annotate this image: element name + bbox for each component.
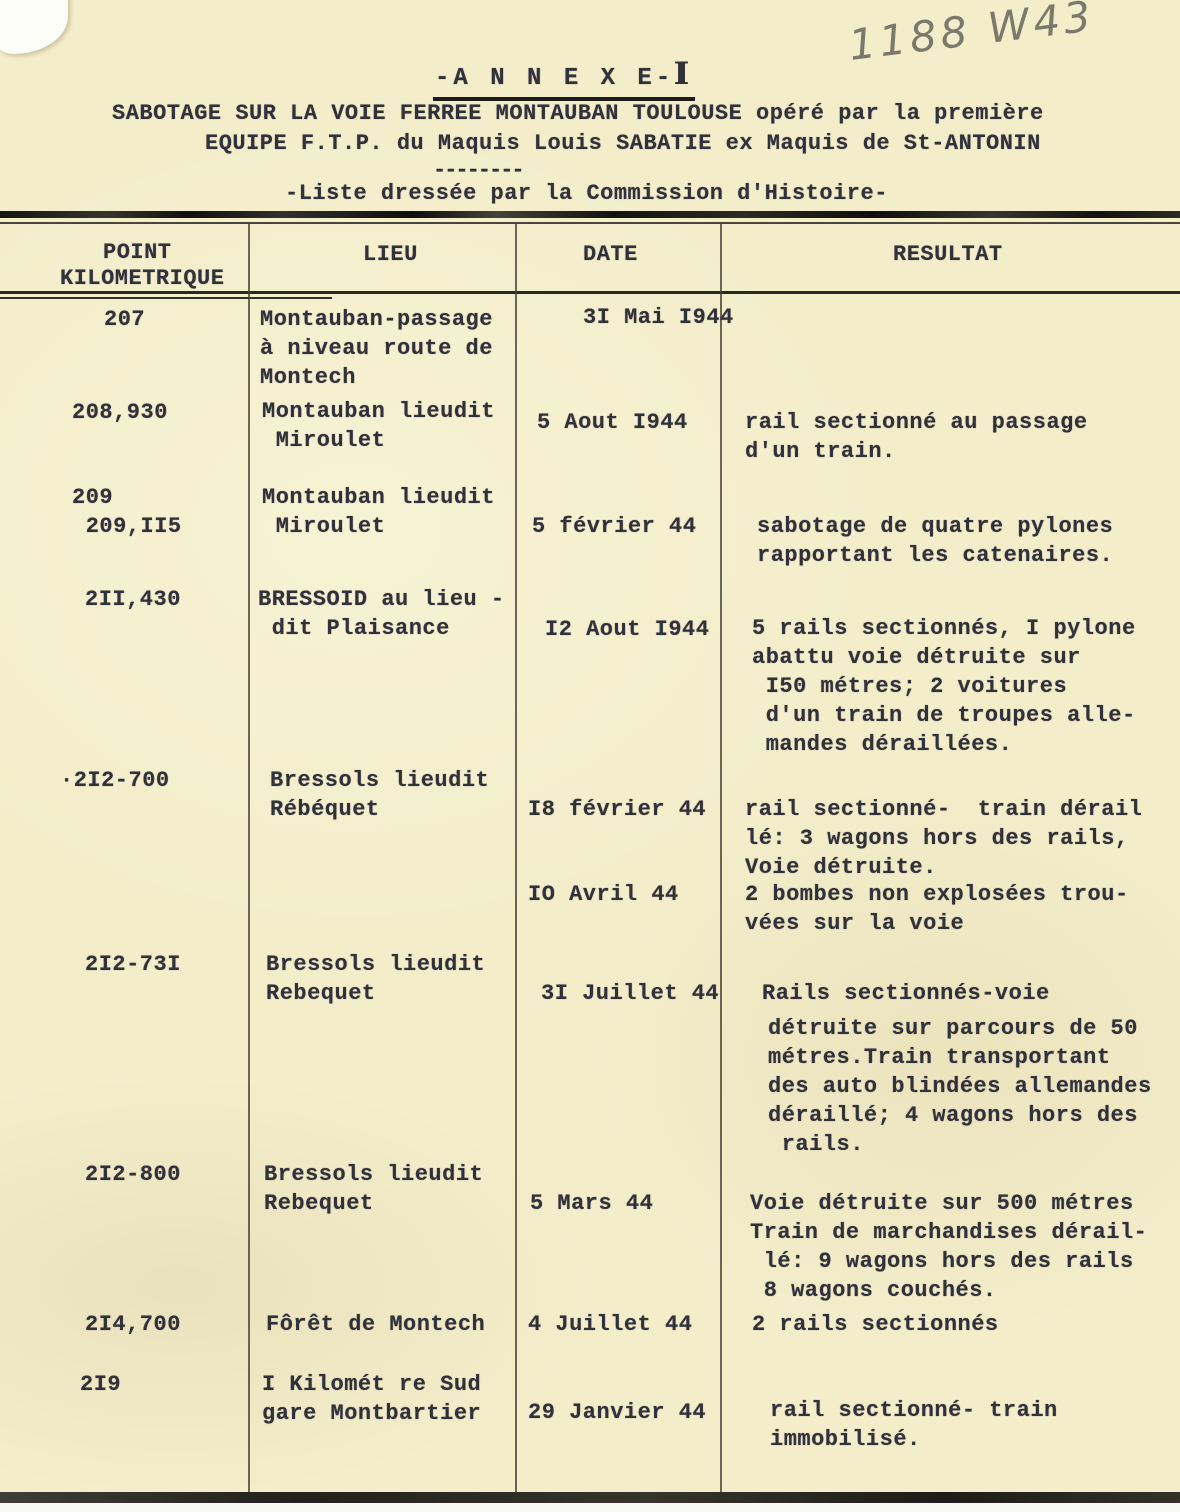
cell-date-row5a: I8 février 44 [528, 795, 706, 824]
page-bottom-edge [0, 1503, 1180, 1512]
annexe-title-label: -A N N E X E- [435, 65, 674, 92]
cell-pk-row8: 2I4,700 [85, 1310, 181, 1339]
cell-pk-row1: 207 [104, 305, 145, 334]
cell-lieu-row1: Montauban-passage à niveau route de Mont… [260, 305, 493, 392]
cell-date-row5b: IO Avril 44 [528, 880, 679, 909]
table-top-rule-heavy [0, 211, 1180, 218]
cell-resultat-row6-cont: détruite sur parcours de 50 métres.Train… [768, 1014, 1152, 1159]
cell-date-row4: I2 Aout I944 [545, 615, 709, 644]
column-header-resultat: RESULTAT [893, 240, 1003, 269]
column-header-point: POINT [103, 238, 172, 267]
cell-date-row2: 5 Aout I944 [537, 408, 688, 437]
page-bottom-scan-band [0, 1492, 1180, 1503]
cell-pk-row9: 2I9 [80, 1370, 121, 1399]
cell-lieu-row6: Bressols lieudit Rebequet [266, 950, 485, 1008]
annexe-title-number: I [674, 56, 689, 92]
cell-date-row8: 4 Juillet 44 [528, 1310, 692, 1339]
cell-pk-row7: 2I2-800 [85, 1160, 181, 1189]
document-subtitle: -Liste dressée par la Commission d'Histo… [285, 179, 888, 208]
cell-date-row7: 5 Mars 44 [530, 1189, 653, 1218]
cell-pk-row2: 208,930 [72, 398, 168, 427]
cell-resultat-row8: 2 rails sectionnés [752, 1310, 999, 1339]
column-rule-1 [248, 222, 250, 1497]
table-top-rule-thin [0, 222, 1180, 224]
annexe-title: -A N N E X E-I [433, 56, 695, 101]
cell-lieu-row7: Bressols lieudit Rebequet [264, 1160, 483, 1218]
table-header-rule-col1-double [0, 297, 332, 299]
cell-resultat-row7: Voie détruite sur 500 métres Train de ma… [750, 1189, 1147, 1305]
archive-reference-handwritten: 1188 W43 [846, 0, 1097, 70]
cell-lieu-row5: Bressols lieudit Rébéquet [270, 766, 489, 824]
cell-resultat-row3: sabotage de quatre pylones rapportant le… [757, 512, 1113, 570]
cell-date-row3: 5 février 44 [532, 512, 696, 541]
cell-date-row9: 29 Janvier 44 [528, 1398, 706, 1427]
cell-pk-row4: 2II,430 [85, 585, 181, 614]
cell-resultat-row5a: rail sectionné- train dérail lé: 3 wagon… [745, 795, 1142, 882]
column-header-lieu: LIEU [363, 240, 418, 269]
cell-lieu-row2: Montauban lieudit Miroulet [262, 397, 495, 455]
cell-lieu-row4: BRESSOID au lieu - dit Plaisance [258, 585, 505, 643]
column-header-kilometrique: KILOMETRIQUE [60, 264, 224, 293]
cell-resultat-row2: rail sectionné au passage d'un train. [745, 408, 1088, 466]
scanned-document-page: 1188 W43 -A N N E X E-I SABOTAGE SUR LA … [0, 0, 1180, 1512]
cell-pk-row5: ·2I2-700 [60, 766, 170, 795]
cell-resultat-row6-head: Rails sectionnés-voie [762, 979, 1050, 1008]
document-heading-line2: EQUIPE F.T.P. du Maquis Louis SABATIE ex… [205, 129, 1041, 158]
column-rule-3 [720, 222, 722, 1497]
cell-date-row1: 3I Mai I944 [583, 303, 734, 332]
cell-lieu-row9: I Kilomét re Sud gare Montbartier [262, 1370, 481, 1428]
cell-pk-row3: 209 209,II5 [72, 483, 182, 541]
cell-lieu-row8: Fôrêt de Montech [266, 1310, 485, 1339]
cell-resultat-row9: rail sectionné- train immobilisé. [770, 1396, 1058, 1454]
document-heading-line1: SABOTAGE SUR LA VOIE FERREE MONTAUBAN TO… [112, 99, 1044, 128]
column-rule-2 [515, 222, 517, 1497]
cell-lieu-row3: Montauban lieudit Miroulet [262, 483, 495, 541]
cell-pk-row6: 2I2-73I [85, 950, 181, 979]
torn-paper-corner [0, 0, 68, 54]
cell-date-row6: 3I Juillet 44 [541, 979, 719, 1008]
column-header-date: DATE [583, 240, 638, 269]
cell-resultat-row4: 5 rails sectionnés, I pylone abattu voie… [752, 614, 1136, 759]
cell-resultat-row5b: 2 bombes non explosées trou- vées sur la… [745, 880, 1129, 938]
